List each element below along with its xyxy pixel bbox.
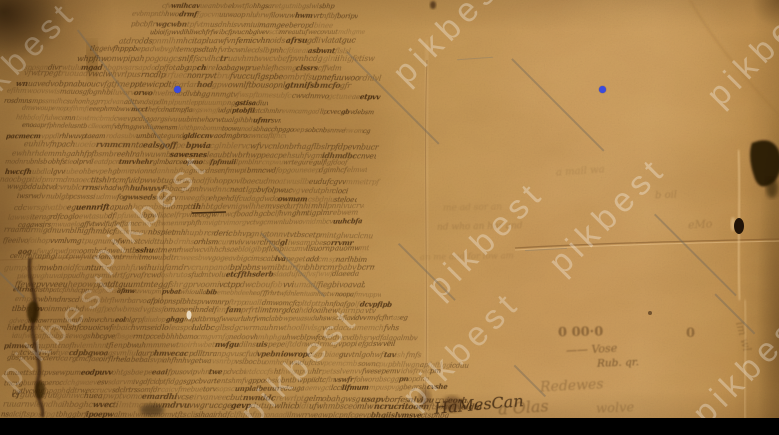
parchment-paper bbox=[0, 0, 779, 435]
blue-marker-dot bbox=[599, 86, 606, 93]
manuscript-photo: cfv wnihcav ue anbvb el owtfio hh gs ar … bbox=[0, 0, 779, 435]
blue-marker-dot bbox=[174, 86, 181, 93]
bottom-black-bar bbox=[0, 418, 779, 435]
